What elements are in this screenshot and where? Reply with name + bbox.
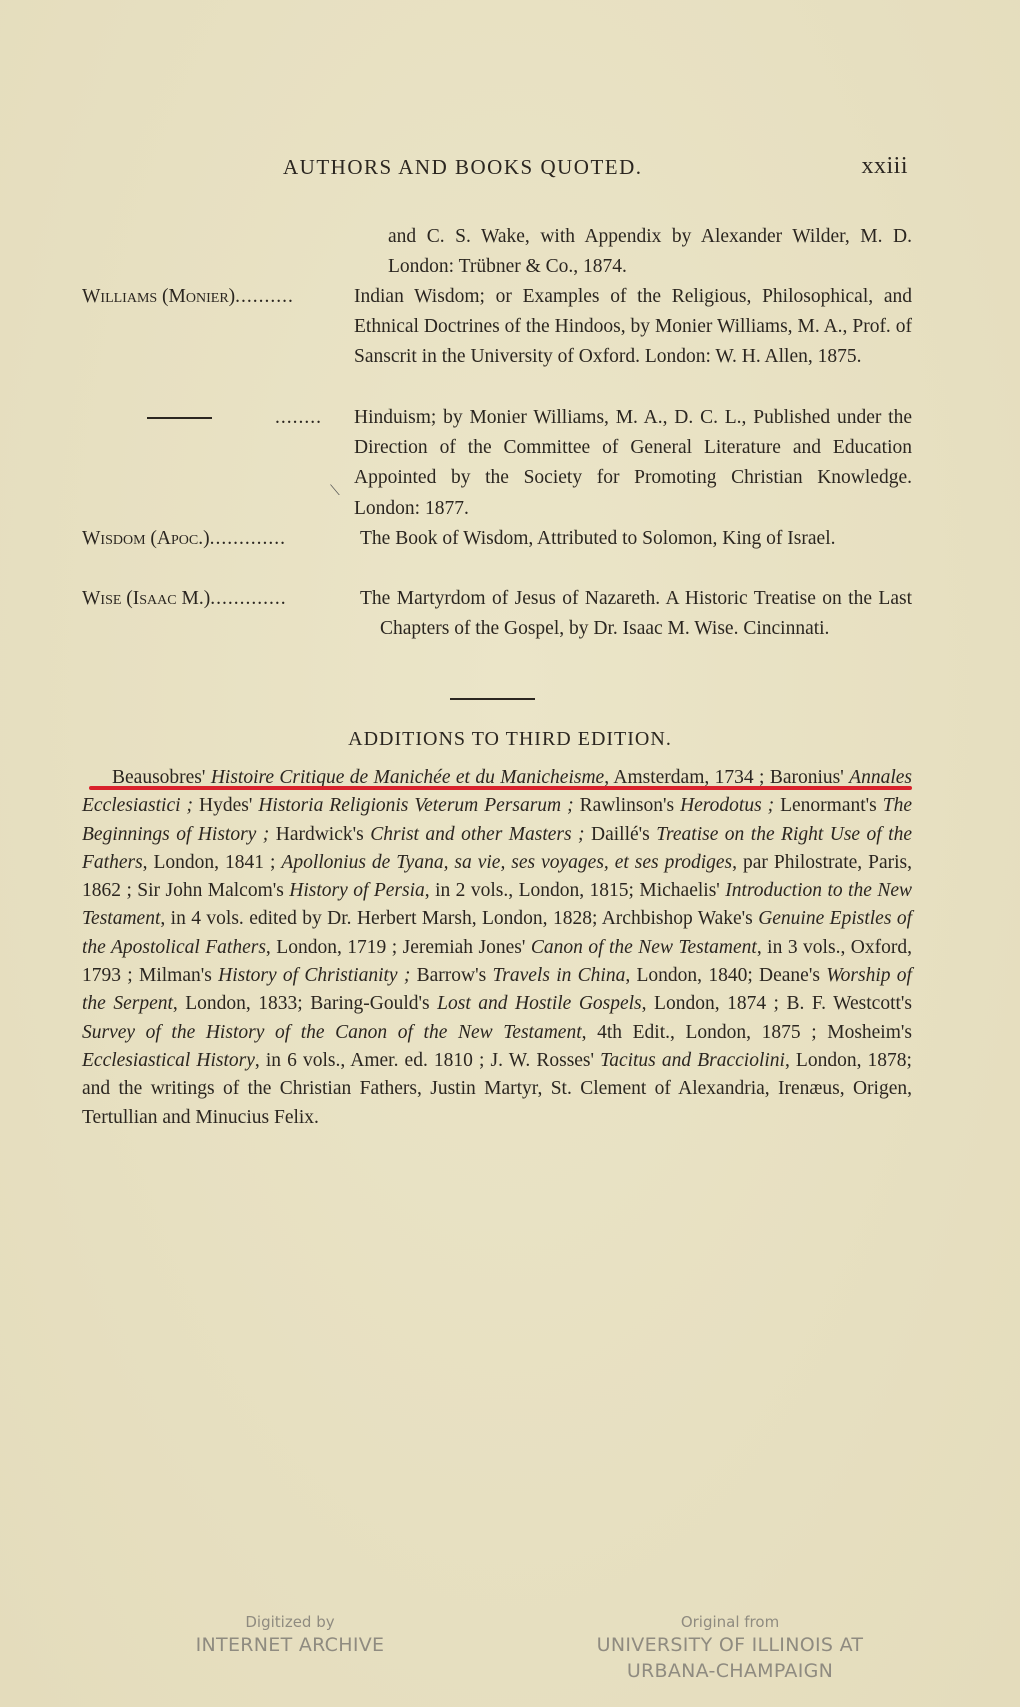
book-title: Tacitus and Bracciolini (600, 1050, 785, 1071)
book-title: Survey of the History of the Canon of th… (82, 1022, 582, 1043)
entry-work: The Martyrdom of Jesus of Nazareth. A Hi… (360, 584, 912, 644)
book-title: Lost and Hostile Gospels (437, 993, 642, 1014)
entry-author: Wisdom (Apoc.)............. (82, 524, 286, 554)
book-title: Histoire Critique de Manichée et du Mani… (211, 767, 604, 788)
citation-text: , London, 1840; Deane's (625, 965, 826, 986)
book-title: History of Persia (289, 880, 424, 901)
leader-dots: ............. (210, 588, 286, 609)
leader-dots: ............. (210, 528, 286, 549)
bibliography-entry-wise: Wise (Isaac M.)............. The Martyrd… (82, 584, 912, 675)
book-title: History of Christianity ; (218, 965, 410, 986)
running-title: AUTHORS AND BOOKS QUOTED. (283, 155, 643, 180)
citation-text: Rawlinson's (574, 795, 680, 816)
citation-text: , in 2 vols., London, 1815; Michaelis' (425, 880, 725, 901)
bibliography-entry-williams-hinduism: ........ Hinduism; by Monier Williams, M… (82, 403, 912, 524)
citation-text: , London, 1833; Baring-Gould's (173, 993, 437, 1014)
page-number: xxiii (861, 153, 908, 180)
book-title: Travels in China (493, 965, 626, 986)
ditto-dash (147, 417, 212, 419)
citation-text: , London, 1719 ; Jeremiah Jones' (266, 937, 531, 958)
citation-text: , Amsterdam, 1734 ; Baronius' (604, 767, 849, 788)
book-title: Canon of the New Testament (531, 937, 757, 958)
citation-text: , London, 1874 ; B. F. Westcott's (642, 993, 912, 1014)
entry-dots: ........ (275, 403, 322, 433)
citation-text: Hydes' (193, 795, 258, 816)
original-from-label: Original from (580, 1612, 880, 1632)
citation-text: Hardwick's (269, 824, 370, 845)
leader-dots: .......... (235, 286, 294, 307)
red-annotation-underline (89, 786, 912, 790)
entry-author: Wise (Isaac M.)............. (82, 584, 287, 614)
bibliography-entry-williams-indian-wisdom: Williams (Monier).......... Indian Wisdo… (82, 282, 912, 403)
digitized-by-label: Digitized by (190, 1612, 390, 1632)
citation-text: , in 6 vols., Amer. ed. 1810 ; J. W. Ros… (255, 1050, 600, 1071)
section-divider (450, 698, 535, 700)
additions-paragraph: Beausobres' Histoire Critique de Maniché… (82, 764, 912, 1132)
entry-work: Hinduism; by Monier Williams, M. A., D. … (354, 403, 912, 524)
entry-work: Indian Wisdom; or Examples of the Religi… (354, 282, 912, 373)
bibliography-entry-wisdom: Wisdom (Apoc.)............. The Book of … (82, 524, 912, 584)
citation-text: Daillé's (585, 824, 657, 845)
citation-text: , London, 1841 ; (143, 852, 282, 873)
digitized-by-block: Digitized by INTERNET ARCHIVE (190, 1612, 390, 1658)
bibliography-entry-continued: and C. S. Wake, with Appendix by Alexand… (82, 222, 912, 282)
citation-text: Lenormant's (774, 795, 883, 816)
citation-text: , 4th Edit., London, 1875 ; Mosheim's (582, 1022, 912, 1043)
book-title: Ecclesiastical History (82, 1050, 255, 1071)
internet-archive-label: INTERNET ARCHIVE (190, 1632, 390, 1658)
bibliography-list: and C. S. Wake, with Appendix by Alexand… (82, 222, 912, 675)
book-title: Christ and other Masters ; (370, 824, 584, 845)
citation-text: , in 4 vols. edited by Dr. Herbert Marsh… (160, 908, 758, 929)
university-label-line1: UNIVERSITY OF ILLINOIS AT (580, 1632, 880, 1658)
citation-text: Barrow's (410, 965, 492, 986)
book-title: Apollonius de Tyana, sa vie, ses voyages… (281, 852, 732, 873)
entry-work: The Book of Wisdom, Attributed to Solomo… (360, 524, 912, 554)
university-label-line2: URBANA-CHAMPAIGN (580, 1658, 880, 1684)
citation-text: Beausobres' (112, 767, 211, 788)
original-from-block: Original from UNIVERSITY OF ILLINOIS AT … (580, 1612, 880, 1684)
section-title: ADDITIONS TO THIRD EDITION. (0, 728, 1020, 751)
entry-author: Williams (Monier).......... (82, 282, 294, 312)
stray-pencil-mark: ⟍ (330, 484, 340, 500)
entry-work: and C. S. Wake, with Appendix by Alexand… (388, 222, 912, 282)
book-title: Herodotus ; (680, 795, 774, 816)
book-title: Historia Religionis Veterum Persarum ; (258, 795, 573, 816)
